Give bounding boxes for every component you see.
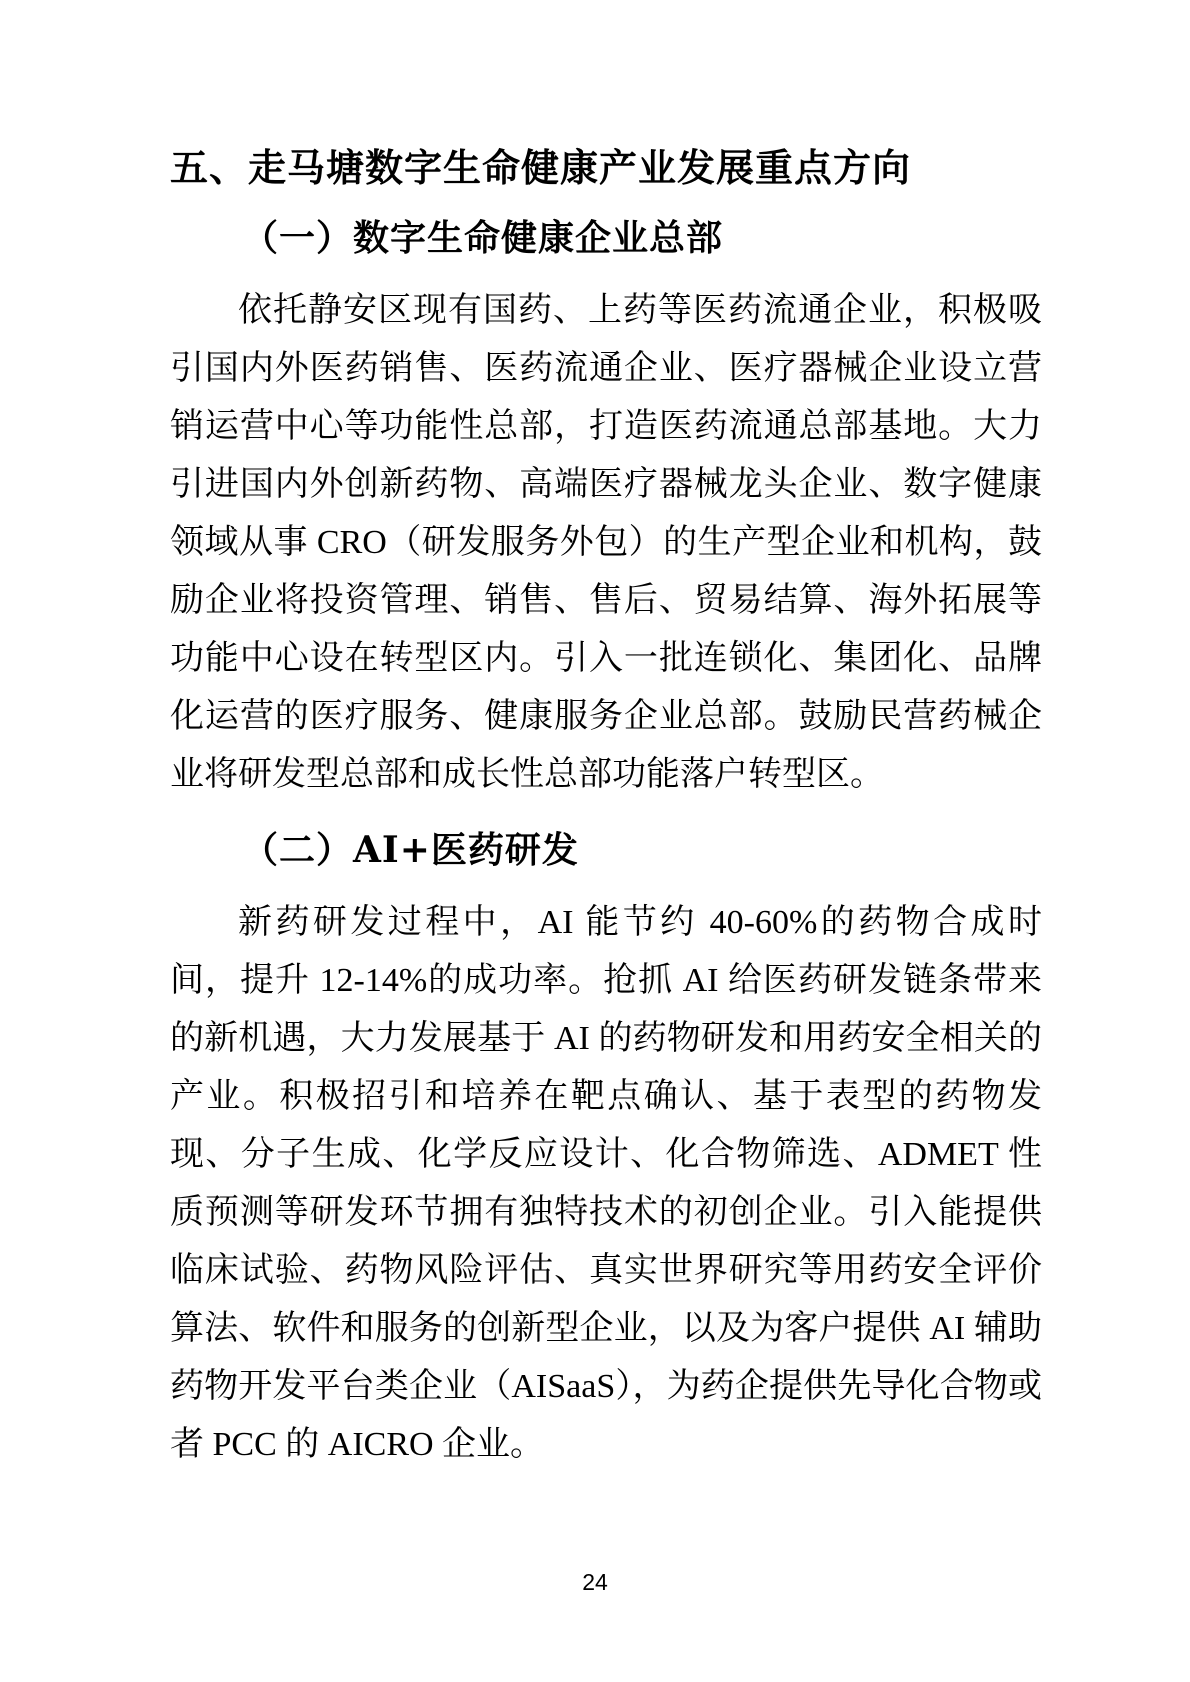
page-number: 24 [0,1569,1190,1596]
section-heading-1: （一）数字生命健康企业总部 [170,208,1042,268]
section-2-paragraph: 新药研发过程中，AI 能节约 40-60%的药物合成时间，提升 12-14%的成… [170,894,1042,1474]
section-heading-2: （二）AI+医药研发 [170,820,1042,880]
document-page: 五、走马塘数字生命健康产业发展重点方向 （一）数字生命健康企业总部 依托静安区现… [0,0,1190,1682]
page-title: 五、走马塘数字生命健康产业发展重点方向 [170,146,1042,192]
section-1-paragraph: 依托静安区现有国药、上药等医药流通企业，积极吸引国内外医药销售、医药流通企业、医… [170,282,1042,804]
